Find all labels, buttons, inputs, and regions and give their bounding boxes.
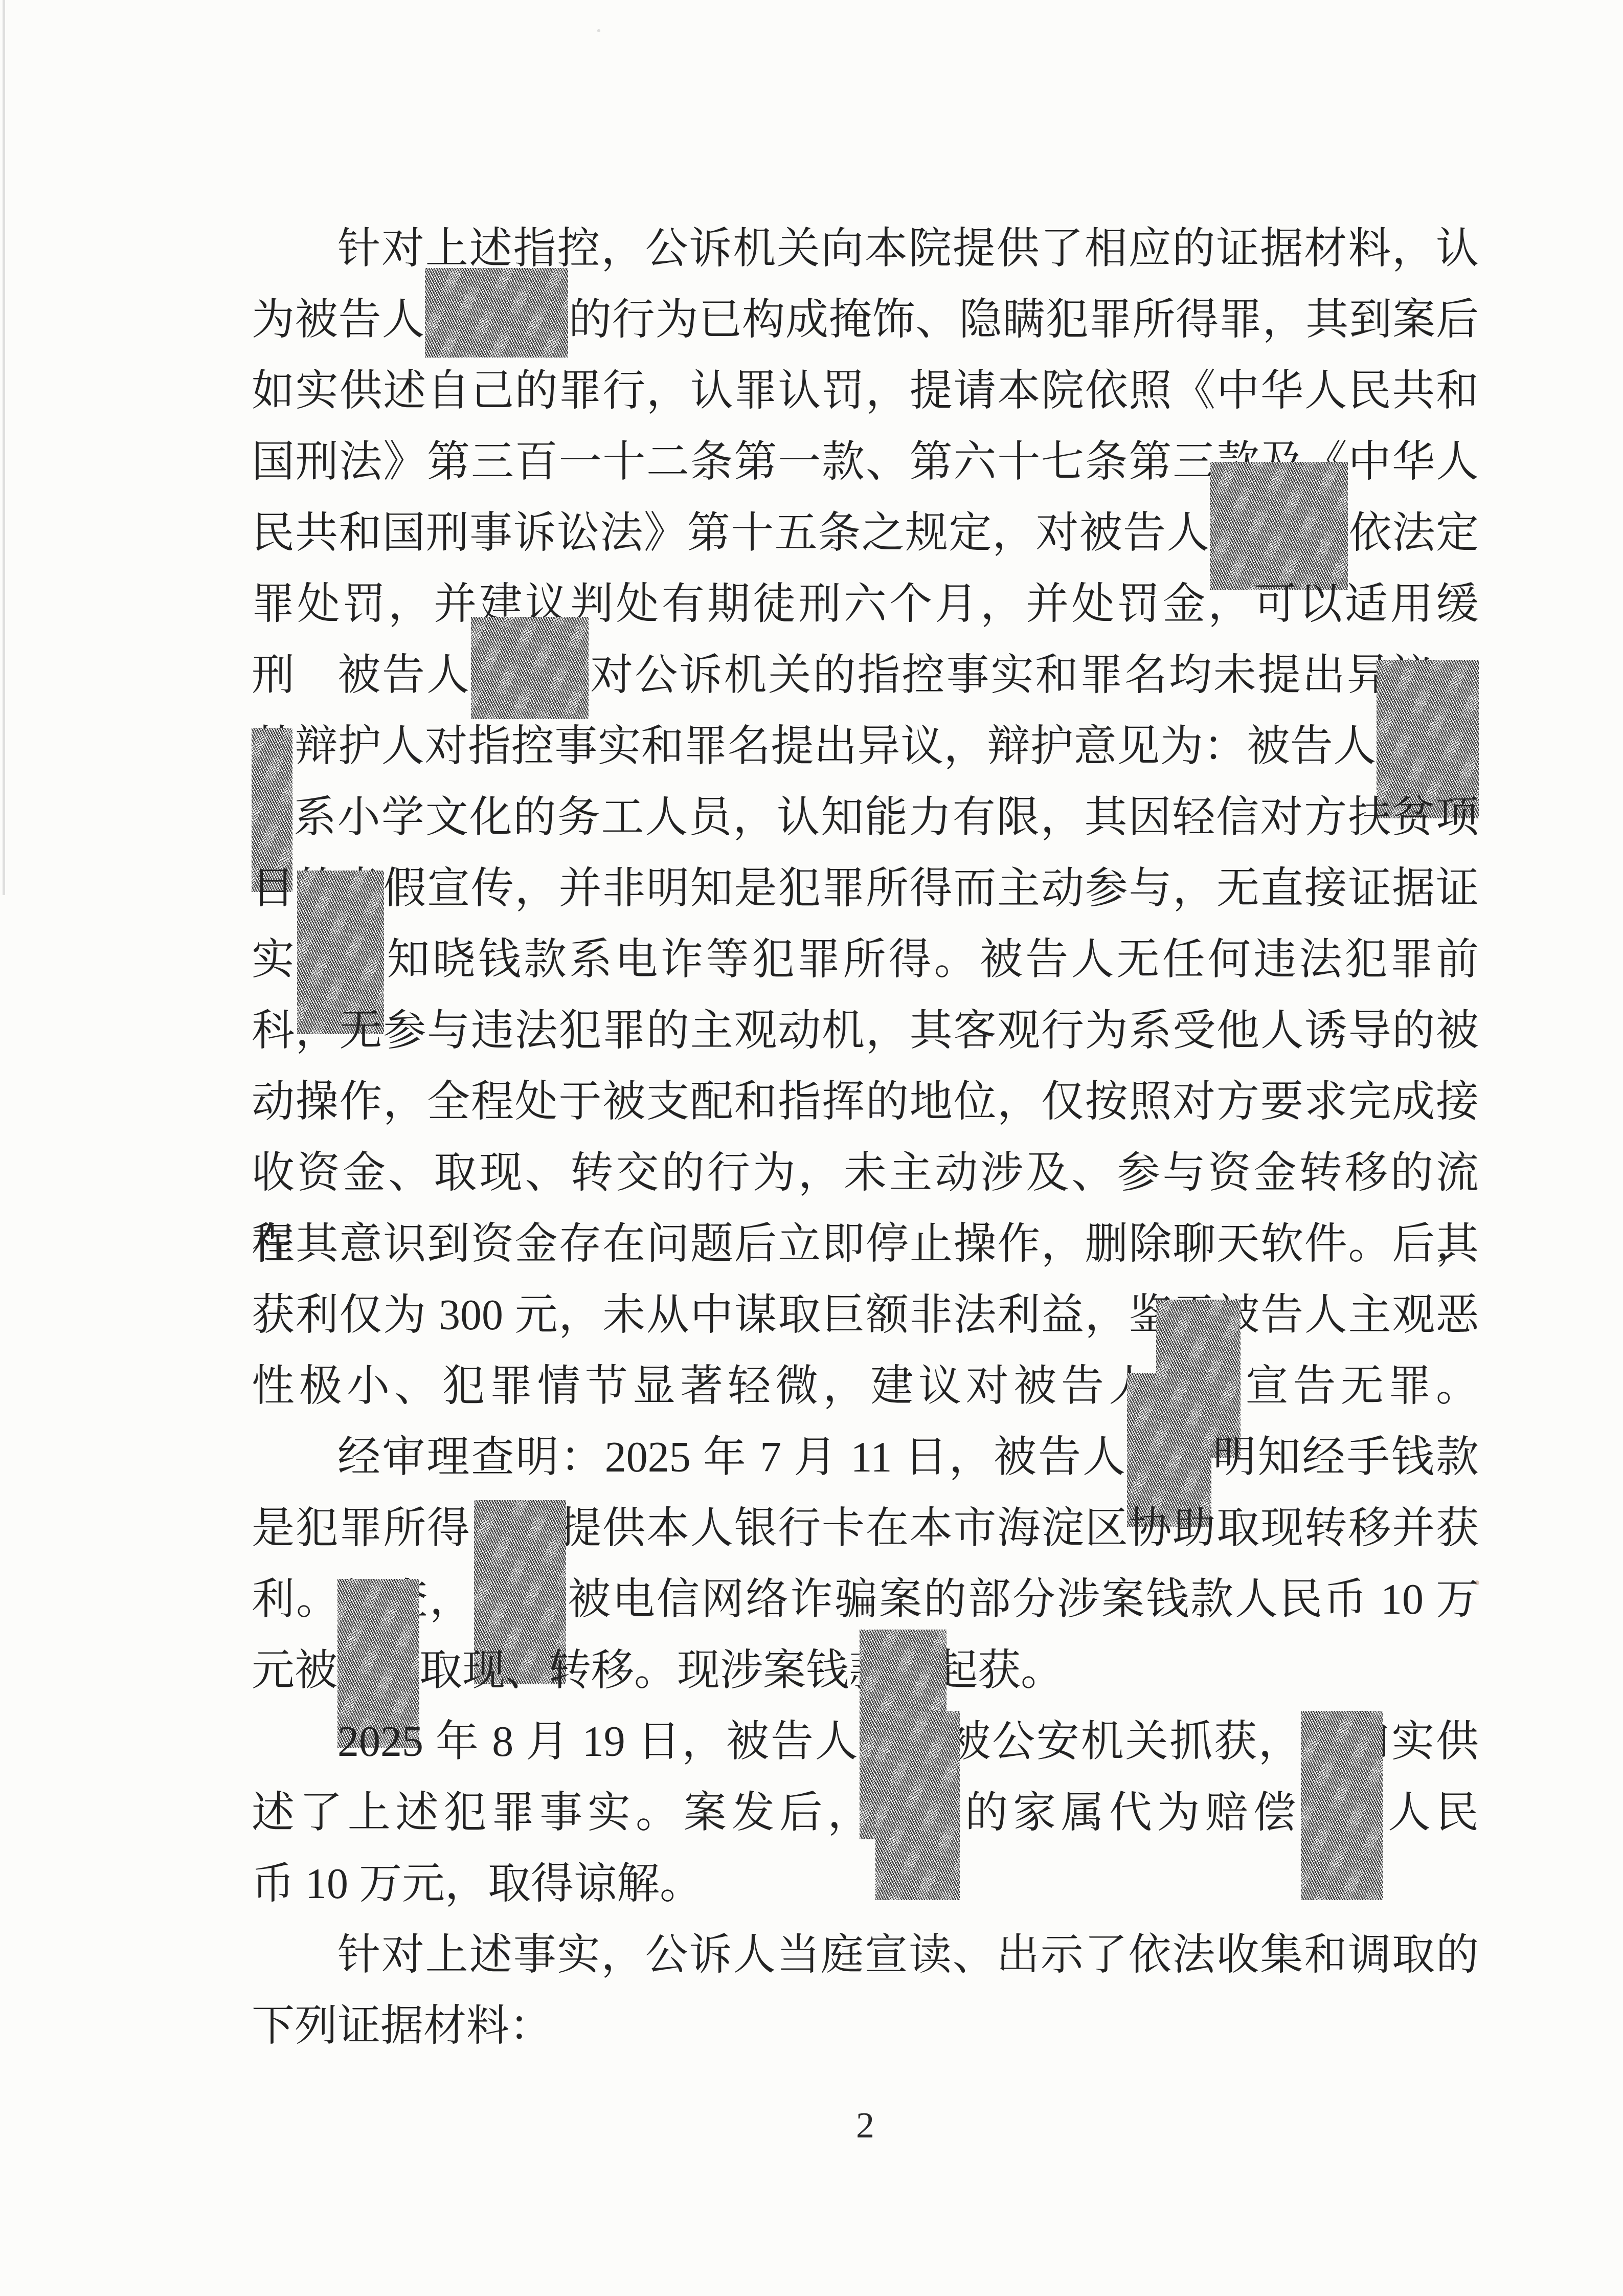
text-line: 收资金、取现、转交的行为，未主动涉及、参与资金转移的流程， — [252, 1138, 1479, 1209]
text-run: 的家属代为赔偿 — [960, 1789, 1301, 1837]
text-line: 下列证据材料： — [252, 1991, 1479, 2062]
text-run: 述了上述犯罪事实。案发后， — [252, 1789, 875, 1837]
text-line: 科，无参与违法犯罪的主观动机，其客观行为系受他人诱导的被 — [252, 995, 1479, 1066]
text-run: 被公安机关抓获，后如实供 — [946, 1718, 1479, 1766]
text-run: 其辩护人对指控事实和罪名提出异议，辩护意见为：被告人 — [252, 723, 1377, 770]
text-line: 是犯罪所得，仍提供本人银行卡在本市海淀区协助取现转移并获 — [252, 1493, 1479, 1564]
page-number: 2 — [252, 2100, 1479, 2151]
text-run: 2025 年 8 月 19 日，被告人 — [337, 1718, 860, 1766]
text-run: 动操作，全程处于被支配和指挥的地位，仅按照对方要求完成接 — [252, 1078, 1479, 1126]
text-run: 为被告人 — [252, 296, 425, 344]
text-run: 知晓钱款系电诈等犯罪所得。被告人无任何违法犯罪前 — [384, 936, 1479, 984]
text-line: 实知晓钱款系电诈等犯罪所得。被告人无任何违法犯罪前 — [252, 924, 1479, 995]
text-run: 是犯罪所得，仍提供本人银行卡在本市海淀区协助取现转移并获 — [252, 1505, 1479, 1552]
redaction-block — [471, 617, 589, 719]
text-run: 的行为已构成掩饰、隐瞒犯罪所得罪，其到案后 — [568, 296, 1479, 344]
scan-edge-artifact — [3, 0, 5, 895]
text-run: 针对上述指控，公诉机关向本院提供了相应的证据材料，认 — [337, 225, 1479, 273]
text-run: 下列证据材料： — [252, 2002, 552, 2050]
text-line: 性极小、犯罪情节显著轻微，建议对被告人宣告无罪。 — [252, 1351, 1479, 1422]
scan-speck — [597, 29, 600, 32]
redaction-block — [1301, 1711, 1383, 1900]
text-run: 明知经手钱款 — [1211, 1434, 1479, 1481]
text-run: 性极小、犯罪情节显著轻微，建议对被告人 — [252, 1363, 1156, 1410]
text-line: 为被告人的行为已构成掩饰、隐瞒犯罪所得罪，其到案后 — [252, 284, 1479, 355]
text-line: 在其意识到资金存在问题后立即停止操作，删除聊天软件。后其 — [252, 1209, 1479, 1280]
text-run: 针对上述事实，公诉人当庭宣读、出示了依法收集和调取的 — [337, 1931, 1479, 1979]
text-run: 对公诉机关的指控事实和罪名均未提出异议。 — [589, 652, 1479, 699]
text-run: 经审理查明：2025 年 7 月 11 日，被告人 — [337, 1434, 1127, 1481]
text-run: 宣告无罪。 — [1241, 1363, 1479, 1410]
text-run: 币 10 万元，取得谅解。 — [252, 1860, 703, 1908]
text-line: 述了上述犯罪事实。案发后，的家属代为赔偿人民 — [252, 1777, 1479, 1848]
text-run: 科，无参与违法犯罪的主观动机，其客观行为系受他人诱导的被 — [252, 1007, 1479, 1055]
text-run: 人民 — [1383, 1789, 1479, 1837]
text-line: 系小学文化的务工人员，认知能力有限，其因轻信对方扶贫项 — [252, 782, 1479, 853]
text-run: 元被 — [252, 1647, 337, 1695]
text-line: 如实供述自己的罪行，认罪认罚，提请本院依照《中华人民共和 — [252, 355, 1479, 427]
text-line: 利。经查，被电信网络诈骗案的部分涉案钱款人民币 10 万 — [252, 1564, 1479, 1635]
text-run: 获利仅为 300 元，未从中谋取巨额非法利益，鉴于被告人主观恶 — [252, 1291, 1479, 1339]
text-run: 在其意识到资金存在问题后立即停止操作，删除聊天软件。后其 — [252, 1220, 1479, 1268]
text-line: 针对上述事实，公诉人当庭宣读、出示了依法收集和调取的 — [252, 1920, 1479, 1991]
document-page: 针对上述指控，公诉机关向本院提供了相应的证据材料，认为被告人的行为已构成掩饰、隐… — [0, 0, 1623, 2296]
text-run: 民共和国刑事诉讼法》第十五条之规定，对被告人 — [252, 509, 1210, 557]
text-line: 目的虚假宣传，并非明知是犯罪所得而主动参与，无直接证据证 — [252, 853, 1479, 924]
text-run: 取现、转移。现涉案钱款未起获。 — [419, 1647, 1064, 1695]
text-run: 系小学文化的务工人员，认知能力有限，其因轻信对方扶贫项 — [292, 794, 1479, 841]
redaction-block — [425, 268, 568, 358]
text-line: 罪处罚，并建议判处有期徒刑六个月，并处罚金，可以适用缓刑。 — [252, 569, 1479, 640]
text-run: 被电信网络诈骗案的部分涉案钱款人民币 10 万 — [566, 1576, 1479, 1623]
text-block: 针对上述指控，公诉机关向本院提供了相应的证据材料，认为被告人的行为已构成掩饰、隐… — [252, 213, 1479, 2062]
text-line: 民共和国刑事诉讼法》第十五条之规定，对被告人依法定 — [252, 498, 1479, 569]
text-run: 依法定 — [1348, 509, 1479, 557]
redaction-block — [875, 1711, 960, 1900]
text-line: 币 10 万元，取得谅解。 — [252, 1848, 1479, 1920]
text-line: 2025 年 8 月 19 日，被告人被公安机关抓获，后如实供 — [252, 1706, 1479, 1777]
text-run: 被告人 — [337, 652, 471, 699]
text-line: 其辩护人对指控事实和罪名提出异议，辩护意见为：被告人 — [252, 711, 1479, 782]
text-run: 实 — [252, 936, 297, 984]
text-line: 被告人对公诉机关的指控事实和罪名均未提出异议。 — [252, 640, 1479, 711]
text-run: 目的虚假宣传，并非明知是犯罪所得而主动参与，无直接证据证 — [252, 865, 1479, 912]
text-line: 经审理查明：2025 年 7 月 11 日，被告人明知经手钱款 — [252, 1422, 1479, 1493]
text-run: 如实供述自己的罪行，认罪认罚，提请本院依照《中华人民共和 — [252, 367, 1479, 415]
text-line: 动操作，全程处于被支配和指挥的地位，仅按照对方要求完成接 — [252, 1066, 1479, 1138]
text-line: 获利仅为 300 元，未从中谋取巨额非法利益，鉴于被告人主观恶 — [252, 1280, 1479, 1351]
